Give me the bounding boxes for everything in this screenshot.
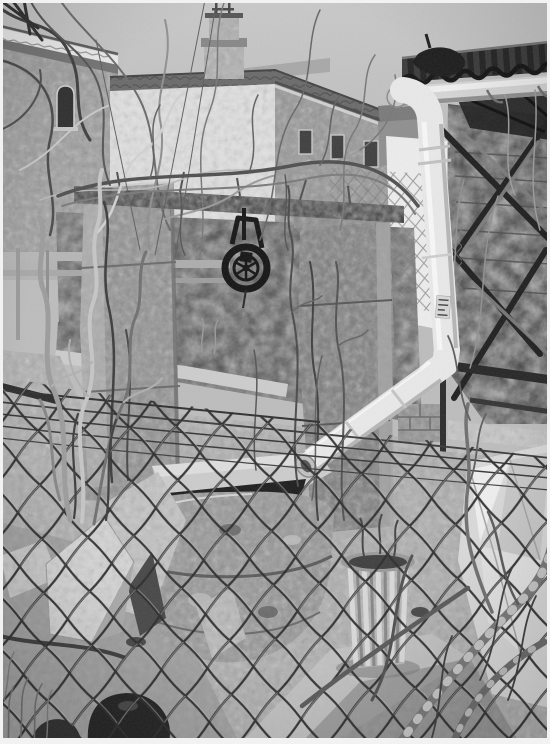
border-left [0, 0, 3, 744]
border-bottom [0, 738, 550, 744]
photo-canvas [0, 0, 550, 744]
border-top [0, 0, 550, 3]
vignette [0, 0, 550, 744]
photograph [0, 0, 550, 744]
